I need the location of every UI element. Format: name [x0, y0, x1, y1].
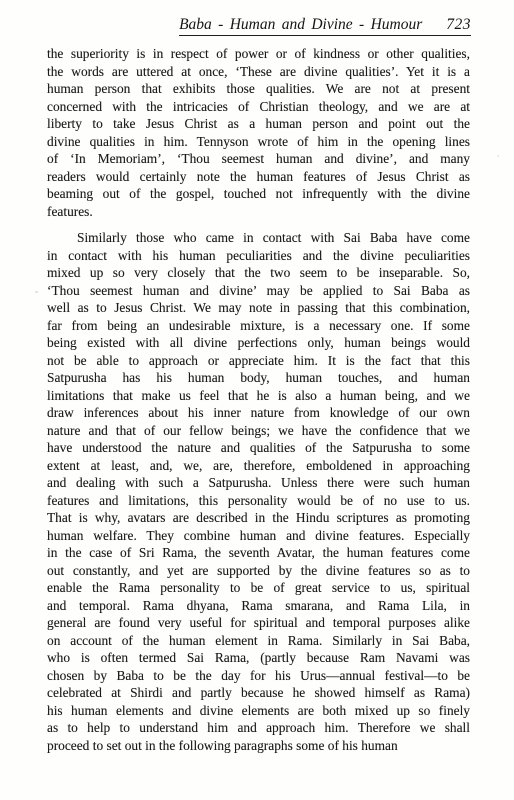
page-number: 723 [446, 16, 471, 33]
text-line: and temporal. Rama dhyana, Rama smarana,… [47, 597, 470, 615]
text-line: Satpurusha has his human body, human tou… [47, 369, 470, 387]
scan-artifact [35, 291, 38, 293]
text-line: Similarly those who came in contact with… [47, 229, 470, 247]
text-line: That is why, avatars are described in th… [47, 509, 470, 527]
text-line: readers would certainly note the human f… [47, 168, 470, 186]
text-line: the words are uttered at once, ‘These ar… [47, 63, 470, 81]
text-line: not be able to approach or appreciate hi… [47, 352, 470, 370]
book-page: Baba - Human and Divine - Humour723 the … [0, 0, 514, 800]
text-line: human welfare. They combine human and di… [47, 527, 470, 545]
text-line: well as to Jesus Christ. We may note in … [47, 299, 470, 317]
text-line: mixed up so very closely that the two se… [47, 264, 470, 282]
text-line: draw inferences about his inner nature f… [47, 404, 470, 422]
text-line: out constantly, and yet are supported by… [47, 562, 470, 580]
text-line: as to help to understand him and approac… [47, 719, 470, 737]
text-line: beaming out of the gospel, touched not i… [47, 185, 470, 203]
text-line: in the case of Sri Rama, the seventh Ava… [47, 544, 470, 562]
text-line: nature and that of our fellow beings; we… [47, 422, 470, 440]
text-line: of ‘In Memoriam’, ‘Thou seemest human an… [47, 150, 470, 168]
running-header: Baba - Human and Divine - Humour723 [179, 16, 471, 36]
text-line: being existed with all divine perfection… [47, 334, 470, 352]
paragraph-1: the superiority is in respect of power o… [47, 45, 470, 220]
text-line: on account of the human element in Rama.… [47, 632, 470, 650]
text-line: general are found very useful for spirit… [47, 614, 470, 632]
page-body: the superiority is in respect of power o… [47, 45, 470, 754]
text-line: extent at least, and, we, are, therefore… [47, 457, 470, 475]
paragraph-2: Similarly those who came in contact with… [47, 229, 470, 754]
text-line: divine qualities in him. Tennyson wrote … [47, 133, 470, 151]
text-line: human person that exhibits those qualiti… [47, 80, 470, 98]
text-line: in contact with his human peculiarities … [47, 247, 470, 265]
text-line: limitations that make us feel that he is… [47, 387, 470, 405]
scan-artifact [497, 155, 499, 157]
text-line: celebrated at Shirdi and partly because … [47, 684, 470, 702]
text-line: features and limitations, this personali… [47, 492, 470, 510]
text-line: liberty to take Jesus Christ as a human … [47, 115, 470, 133]
text-line: proceed to set out in the following para… [47, 737, 470, 755]
header-title: Baba - Human and Divine - Humour [179, 16, 422, 33]
text-line: who is often termed Sai Rama, (partly be… [47, 649, 470, 667]
text-line: enable the Rama personality to be of gre… [47, 579, 470, 597]
text-line: his human elements and divine elements a… [47, 702, 470, 720]
text-line: chosen by Baba to be the day for his Uru… [47, 667, 470, 685]
text-line: features. [47, 203, 470, 221]
header-underline: Baba - Human and Divine - Humour723 [179, 16, 471, 36]
text-line: and dealing with such a Satpurusha. Unle… [47, 474, 470, 492]
text-line: have understood the nature and qualities… [47, 439, 470, 457]
text-line: the superiority is in respect of power o… [47, 45, 470, 63]
text-line: concerned with the intricacies of Christ… [47, 98, 470, 116]
text-line: ‘Thou seemest human and divine’ may be a… [47, 282, 470, 300]
text-line: far from being an undesirable mixture, i… [47, 317, 470, 335]
scan-artifact [428, 124, 430, 129]
